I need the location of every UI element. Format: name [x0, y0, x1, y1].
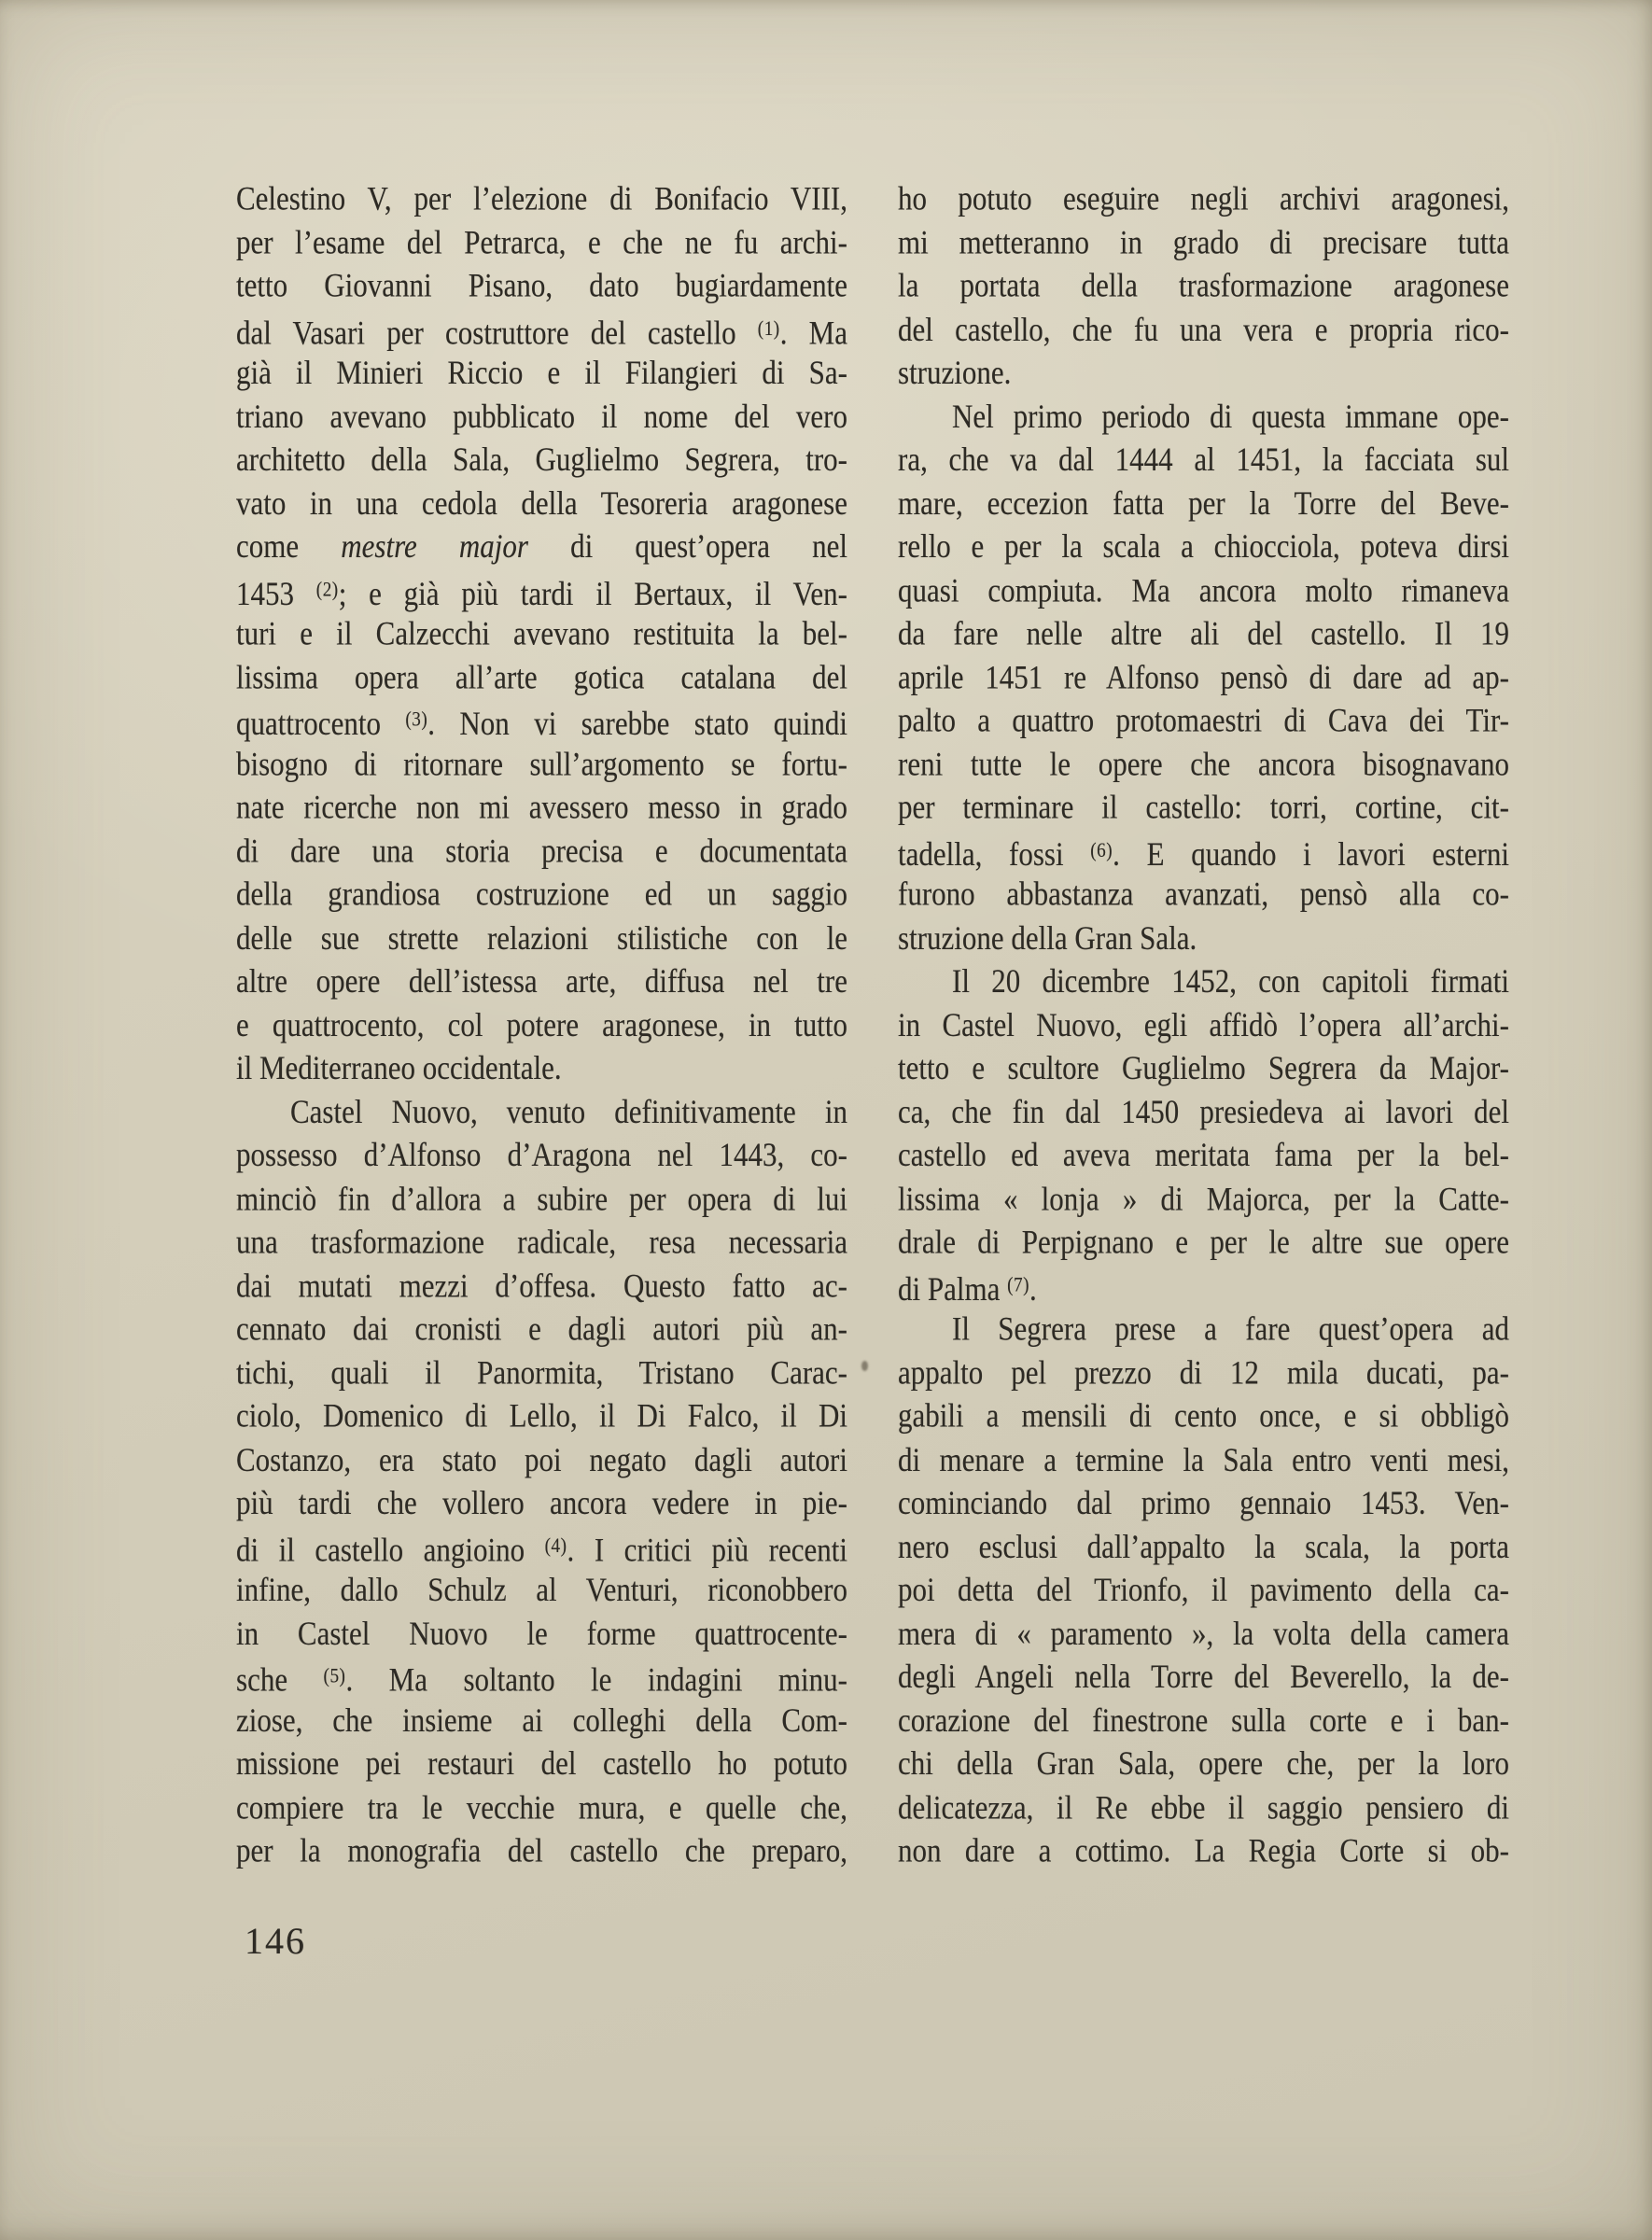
- footnote-marker: (4): [545, 1534, 567, 1557]
- text-line: cominciando dal primo gennaio 1453. Ven-: [898, 1481, 1509, 1525]
- text-line: triano avevano pubblicato il nome del ve…: [236, 395, 847, 439]
- text-line: per l’esame del Petrarca, e che ne fu ar…: [236, 221, 847, 265]
- page-number: 146: [245, 1919, 306, 1963]
- text-line: mare, eccezion fatta per la Torre del Be…: [898, 482, 1509, 525]
- ink-speck: [861, 1361, 868, 1371]
- text-line: missione pei restauri del castello ho po…: [236, 1743, 847, 1786]
- text-line: lissima opera all’arte gotica catalana d…: [236, 655, 847, 699]
- text-line: rello e per la scala a chiocciola, potev…: [898, 525, 1509, 569]
- text-line: Costanzo, era stato poi negato dagli aut…: [236, 1438, 847, 1482]
- text-line: compiere tra le vecchie mura, e quelle c…: [236, 1785, 847, 1829]
- text-line: ca, che fin dal 1450 presiedeva ai lavor…: [898, 1090, 1509, 1134]
- emphasized-text: come: [236, 527, 341, 565]
- text-line: castello ed aveva meritata fama per la b…: [898, 1134, 1509, 1178]
- text-line: minciò fin d’allora a subire per opera d…: [236, 1177, 847, 1221]
- text-line: altre opere dell’istessa arte, diffusa n…: [236, 959, 847, 1003]
- text-line: la portata della trasformazione aragones…: [898, 264, 1509, 308]
- text-line: Il Segrera prese a fare quest’opera ad: [898, 1308, 1509, 1351]
- text-line: Castel Nuovo, venuto definitivamente in: [236, 1090, 847, 1134]
- text-line: delicatezza, il Re ebbe il saggio pensie…: [898, 1785, 1509, 1829]
- text-line: struzione.: [898, 351, 1509, 395]
- text-line: infine, dallo Schulz al Venturi, riconob…: [236, 1568, 847, 1612]
- text-line: il Mediterraneo occidentale.: [236, 1047, 847, 1091]
- text-line: come mestre major di quest’opera nel: [236, 525, 847, 569]
- text-line: mi metteranno in grado di precisare tutt…: [898, 221, 1509, 265]
- text-line: furono abbastanza avanzati, pensò alla c…: [898, 873, 1509, 917]
- text-line: ho potuto eseguire negli archivi aragone…: [898, 177, 1509, 221]
- footnote-marker: (1): [758, 317, 780, 340]
- text-line: cennato dai cronisti e dagli autori più …: [236, 1308, 847, 1351]
- text-line: non dare a cottimo. La Regia Corte si ob…: [898, 1829, 1509, 1873]
- text-line: delle sue strette relazioni stilistiche …: [236, 917, 847, 960]
- text-line: dai mutati mezzi d’offesa. Questo fatto …: [236, 1264, 847, 1308]
- emphasized-text: mestre major: [341, 527, 528, 565]
- text-line: in Castel Nuovo le forme quattrocente-: [236, 1612, 847, 1656]
- text-column-right: ho potuto eseguire negli archivi aragone…: [898, 177, 1509, 1872]
- emphasized-text: .: [1029, 1269, 1037, 1307]
- text-line: una trasformazione radicale, resa necess…: [236, 1221, 847, 1265]
- text-line: Il 20 dicembre 1452, con capitoli firmat…: [898, 959, 1509, 1003]
- text-line: struzione della Gran Sala.: [898, 917, 1509, 960]
- text-line: sche (5). Ma soltanto le indagini minu-: [236, 1656, 847, 1700]
- text-column-left: Celestino V, per l’elezione di Bonifacio…: [236, 177, 847, 1872]
- text-line: Celestino V, per l’elezione di Bonifacio…: [236, 177, 847, 221]
- emphasized-text: . Ma: [780, 314, 847, 351]
- text-line: gabili a mensili di cento once, e si obb…: [898, 1394, 1509, 1438]
- text-line: degli Angeli nella Torre del Beverello, …: [898, 1656, 1509, 1700]
- text-line: drale di Perpignano e per le altre sue o…: [898, 1221, 1509, 1265]
- text-line: ra, che va dal 1444 al 1451, la facciata…: [898, 438, 1509, 482]
- emphasized-text: . Ma soltanto le indagini minu-: [345, 1660, 847, 1698]
- text-line: tadella, fossi (6). E quando i lavori es…: [898, 830, 1509, 874]
- text-line: turi e il Calzecchi avevano restituita l…: [236, 612, 847, 656]
- text-line: vato in una cedola della Tesoreria arago…: [236, 482, 847, 525]
- text-line: di dare una storia precisa e documentata: [236, 830, 847, 874]
- text-line: 1453 (2); e già più tardi il Bertaux, il…: [236, 568, 847, 612]
- text-line: ciolo, Domenico di Lello, il Di Falco, i…: [236, 1394, 847, 1438]
- text-line: bisogno di ritornare sull’argomento se f…: [236, 742, 847, 786]
- text-line: poi detta del Trionfo, il pavimento dell…: [898, 1568, 1509, 1612]
- text-line: in Castel Nuovo, egli affidò l’opera all…: [898, 1003, 1509, 1047]
- text-line: possesso d’Alfonso d’Aragona nel 1443, c…: [236, 1134, 847, 1178]
- text-line: lissima « lonja » di Majorca, per la Cat…: [898, 1177, 1509, 1221]
- text-line: del castello, che fu una vera e propria …: [898, 308, 1509, 352]
- emphasized-text: . E quando i lavori esterni: [1113, 834, 1509, 872]
- text-line: per terminare il castello: torri, cortin…: [898, 786, 1509, 830]
- footnote-marker: (3): [405, 708, 427, 731]
- emphasized-text: . Non vi sarebbe stato quindi: [427, 705, 847, 742]
- text-line: nero esclusi dall’appalto la scala, la p…: [898, 1525, 1509, 1569]
- emphasized-text: . I critici più recenti: [567, 1531, 847, 1568]
- emphasized-text: di quest’opera nel: [528, 527, 847, 565]
- text-line: chi della Gran Sala, opere che, per la l…: [898, 1743, 1509, 1786]
- emphasized-text: ; e già più tardi il Bertaux, il Ven-: [339, 574, 847, 611]
- text-line: mera di « paramento », la volta della ca…: [898, 1612, 1509, 1656]
- scanned-book-page: { "page": { "number": "146" }, "colors":…: [0, 0, 1652, 2240]
- text-line: dal Vasari per costruttore del castello …: [236, 308, 847, 352]
- text-line: di Palma (7).: [898, 1264, 1509, 1308]
- text-line: aprile 1451 re Alfonso pensò di dare ad …: [898, 655, 1509, 699]
- text-line: più tardi che vollero ancora vedere in p…: [236, 1481, 847, 1525]
- text-line: quattrocento (3). Non vi sarebbe stato q…: [236, 699, 847, 743]
- text-line: tetto e scultore Guglielmo Segrera da Ma…: [898, 1047, 1509, 1091]
- text-line: della grandiosa costruzione ed un saggio: [236, 873, 847, 917]
- footnote-marker: (2): [316, 579, 339, 601]
- text-line: e quattrocento, col potere aragonese, in…: [236, 1003, 847, 1047]
- text-line: palto a quattro protomaestri di Cava dei…: [898, 699, 1509, 743]
- text-line: architetto della Sala, Guglielmo Segrera…: [236, 438, 847, 482]
- text-line: già il Minieri Riccio e il Filangieri di…: [236, 351, 847, 395]
- footnote-marker: (5): [324, 1665, 346, 1687]
- text-line: quasi compiuta. Ma ancora molto rimaneva: [898, 568, 1509, 612]
- footnote-marker: (6): [1090, 839, 1113, 861]
- text-line: tetto Giovanni Pisano, dato bugiardament…: [236, 264, 847, 308]
- text-line: appalto pel prezzo di 12 mila ducati, pa…: [898, 1351, 1509, 1395]
- text-line: tichi, quali il Panormita, Tristano Cara…: [236, 1351, 847, 1395]
- text-line: di menare a termine la Sala entro venti …: [898, 1438, 1509, 1482]
- text-line: per la monografia del castello che prepa…: [236, 1829, 847, 1873]
- text-line: di il castello angioino (4). I critici p…: [236, 1525, 847, 1569]
- text-line: da fare nelle altre ali del castello. Il…: [898, 612, 1509, 656]
- text-line: reni tutte le opere che ancora bisognava…: [898, 742, 1509, 786]
- text-line: corazione del finestrone sulla corte e i…: [898, 1699, 1509, 1743]
- text-line: Nel primo periodo di questa immane ope-: [898, 395, 1509, 439]
- text-line: ziose, che insieme ai colleghi della Com…: [236, 1699, 847, 1743]
- footnote-marker: (7): [1007, 1274, 1029, 1296]
- text-line: nate ricerche non mi avessero messo in g…: [236, 786, 847, 830]
